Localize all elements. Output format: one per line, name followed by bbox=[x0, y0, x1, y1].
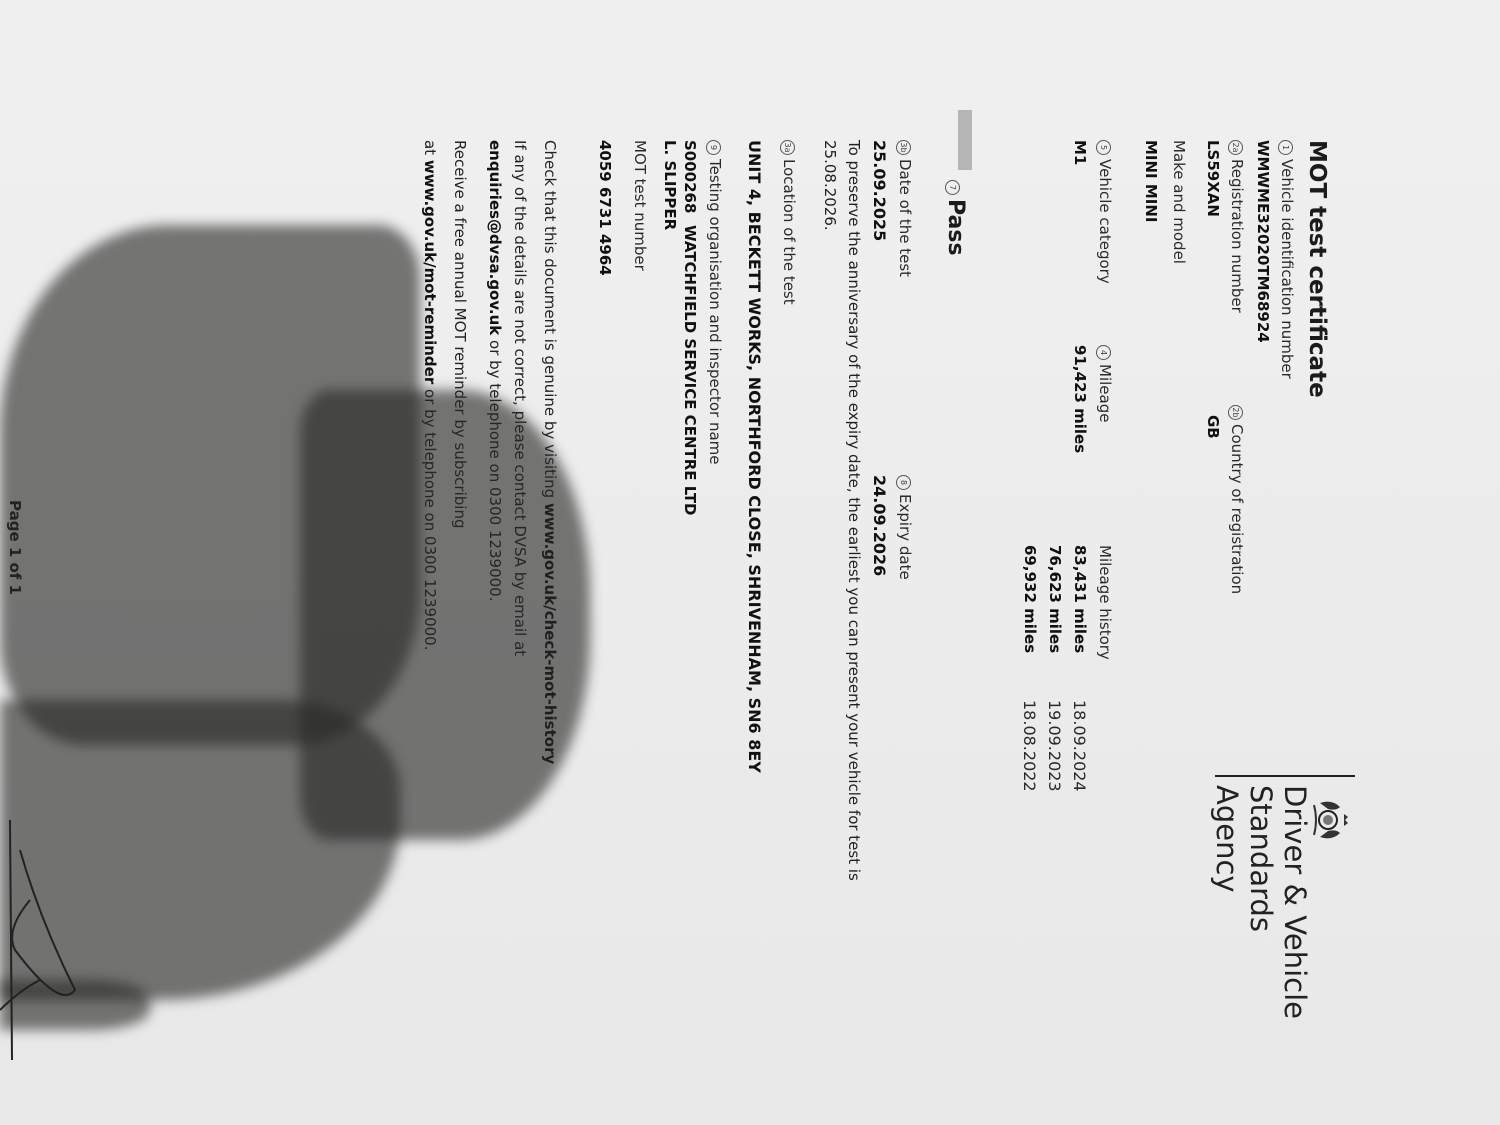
field-number-badge: 2a bbox=[1228, 140, 1243, 155]
mileage-history-date: 18.09.2024 bbox=[1070, 700, 1089, 792]
field-number-badge: 4 bbox=[1096, 345, 1111, 360]
page-number: Page 1 of 1 bbox=[6, 500, 24, 595]
testing-organisation-name: WATCHFIELD SERVICE CENTRE LTD bbox=[681, 225, 699, 516]
logo-divider bbox=[1215, 775, 1355, 777]
expiry-date-label: 8Expiry date bbox=[896, 475, 914, 580]
field-number-badge: 9 bbox=[706, 140, 721, 155]
registration-value: LS59XAN bbox=[1204, 140, 1222, 217]
registration-label: 2aRegistration number bbox=[1228, 140, 1246, 313]
expiry-date-value: 24.09.2026 bbox=[870, 475, 889, 576]
country-value: GB bbox=[1204, 415, 1222, 439]
preserve-anniversary-text: To preserve the anniversary of the expir… bbox=[845, 140, 863, 881]
mileage-history-label: Mileage history bbox=[1096, 545, 1114, 660]
vehicle-category-label: 5Vehicle category bbox=[1096, 140, 1114, 284]
make-model-value: MINI MINI bbox=[1142, 140, 1160, 223]
mileage-history-date: 18.08.2022 bbox=[1020, 700, 1039, 792]
mot-test-number-value: 4059 6731 4964 bbox=[596, 140, 614, 276]
field-number-badge: 7 bbox=[945, 180, 960, 195]
make-model-label: Make and model bbox=[1170, 140, 1188, 264]
earliest-test-date: 25.08.2026. bbox=[821, 140, 839, 231]
field-number-badge: 8 bbox=[896, 475, 911, 490]
redacted-bar bbox=[958, 110, 972, 170]
mot-reminder-link[interactable]: www.gov.uk/mot-reminder bbox=[421, 160, 439, 384]
reminder-link-text: at www.gov.uk/mot-reminder or by telepho… bbox=[421, 140, 439, 650]
field-number-badge: 2b bbox=[1228, 405, 1243, 420]
contact-text: If any of the details are not correct, p… bbox=[511, 140, 529, 656]
agency-name-line1: Driver & Vehicle bbox=[1278, 785, 1312, 1019]
mileage-value: 91,423 miles bbox=[1071, 345, 1089, 453]
handwritten-signature bbox=[0, 820, 90, 1080]
document-title: MOT test certificate bbox=[1304, 140, 1330, 398]
country-label: 2bCountry of registration bbox=[1228, 405, 1246, 594]
mileage-history-date: 19.09.2023 bbox=[1045, 700, 1064, 792]
test-result: 7Pass bbox=[943, 180, 968, 256]
contact-email-text: enquiries@dvsa.gov.uk or by telephone on… bbox=[486, 140, 504, 602]
field-number-badge: 5 bbox=[1096, 140, 1111, 155]
reminder-text: Receive a free annual MOT reminder by su… bbox=[451, 140, 469, 528]
dvsa-email-link[interactable]: enquiries@dvsa.gov.uk bbox=[486, 140, 504, 335]
royal-coat-of-arms-icon bbox=[1310, 795, 1350, 845]
mileage-history-miles: 76,623 miles bbox=[1046, 545, 1064, 653]
test-date-label: 3bDate of the test bbox=[896, 140, 914, 277]
field-number-badge: 3a bbox=[780, 140, 795, 155]
check-mot-history-link[interactable]: www.gov.uk/check-mot-history bbox=[541, 503, 559, 764]
check-genuine-text: Check that this document is genuine by v… bbox=[541, 140, 559, 764]
mot-test-number-label: MOT test number bbox=[631, 140, 649, 271]
field-number-badge: 1 bbox=[1278, 140, 1293, 155]
mileage-history-miles: 83,431 miles bbox=[1071, 545, 1089, 653]
location-label: 3aLocation of the test bbox=[780, 140, 798, 305]
vin-value: WMWME32020TM68924 bbox=[1254, 140, 1272, 343]
testing-organisation-code: S000268 bbox=[681, 140, 699, 213]
mileage-label: 4Mileage bbox=[1096, 345, 1114, 422]
agency-name-line2: Standards bbox=[1244, 785, 1278, 932]
vin-label: 1Vehicle identification number bbox=[1278, 140, 1296, 379]
location-value: UNIT 4, BECKETT WORKS, NORTHFORD CLOSE, … bbox=[745, 140, 764, 773]
testing-organisation-label: 9Testing organisation and inspector name bbox=[706, 140, 724, 465]
test-date-value: 25.09.2025 bbox=[870, 140, 889, 241]
field-number-badge: 3b bbox=[896, 140, 911, 155]
mot-certificate-page: MOT test certificate Driver & Vehicle St… bbox=[0, 0, 1500, 1125]
agency-name-line3: Agency bbox=[1210, 785, 1244, 893]
vehicle-category-value: M1 bbox=[1071, 140, 1089, 165]
inspector-name: L. SLIPPER bbox=[661, 140, 679, 230]
mileage-history-miles: 69,932 miles bbox=[1021, 545, 1039, 653]
